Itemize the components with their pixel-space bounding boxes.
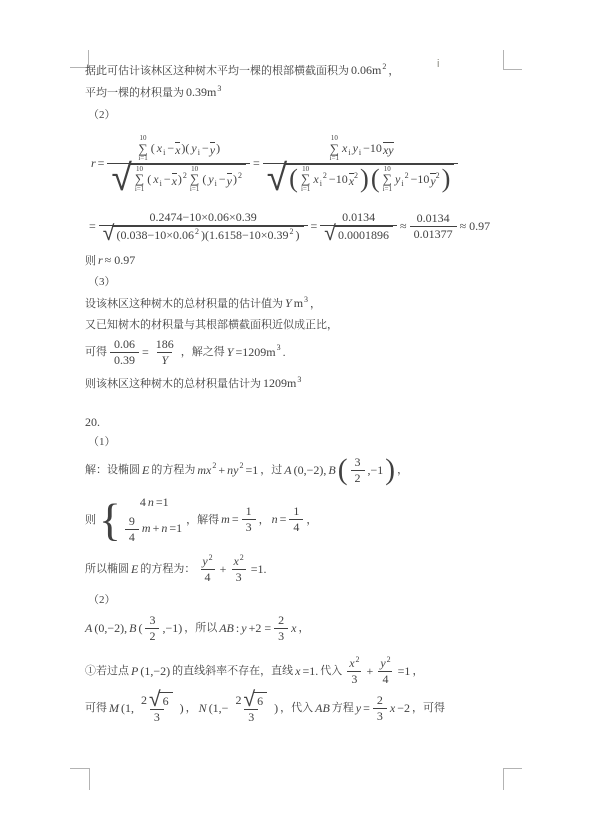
- formula-correlation-definition: r=10∑i=1(xi−x)(yi−y)√10∑i=1(xi−x)210∑i=1…: [90, 135, 460, 193]
- crop-mark-bottom-left: [70, 768, 90, 790]
- crop-mark-top-right: [503, 50, 522, 70]
- document-page: i 据此可估计该林区这种树木平均一棵的根部横截面积为0.06m2， 平均一棵的材…: [0, 0, 594, 834]
- formula-correlation-numeric: =0.2474−10×0.06×0.39√(0.038−10×0.062)(1.…: [88, 210, 491, 243]
- line-total-volume-conclusion: 则该林区这种树木的总材积量估计为1209m3: [84, 376, 302, 392]
- label-20-part-2: （2）: [87, 593, 117, 607]
- line-mn-points: 可得M(1,2√63)，N(1,−2√63)，代入AB方程y=23x−2，可得: [84, 692, 446, 725]
- line-ellipse-equation: 所以椭圆E的方程为：y24+x23=1.: [84, 554, 268, 585]
- problem-20-number: 20.: [84, 415, 101, 431]
- line-case1-vertical-line: ①若过点P(1,−2)的直线斜率不存在，直线x=1.代入x23+y24=1，: [84, 656, 424, 687]
- line-proportionality-note: 又已知树木的材积量与其根部横截面积近似成正比，: [84, 318, 339, 332]
- label-part-2: （2）: [87, 108, 117, 122]
- line-r-result: 则r≈ 0.97: [84, 253, 136, 269]
- line-volume-per-tree: 平均一棵的材积量为0.39m3: [84, 85, 222, 101]
- line-root-area-estimate: 据此可估计该林区这种树木平均一棵的根部横截面积为0.06m2，: [84, 63, 400, 79]
- stray-mark: i: [437, 58, 439, 70]
- line-equation-system: 则{4n=194m+n=1，解得m=13，n=14，: [84, 495, 318, 545]
- label-20-part-1: （1）: [87, 435, 117, 449]
- crop-mark-bottom-right: [503, 768, 522, 790]
- line-ellipse-setup: 解：设椭圆E的方程为mx2+ny2=1，过A(0,−2),B(32,−1)，: [84, 455, 409, 486]
- line-total-volume-setup: 设该林区这种树木的总材积量的估计值为Ym3，: [84, 296, 322, 312]
- label-part-3: （3）: [87, 275, 117, 289]
- line-proportion-equation: 可得0.060.39=186Y，解之得Y=1209m3.: [84, 337, 287, 368]
- line-ab-line-equation: A(0,−2),B(32,−1)，所以AB:y+2 =23x，: [84, 613, 310, 644]
